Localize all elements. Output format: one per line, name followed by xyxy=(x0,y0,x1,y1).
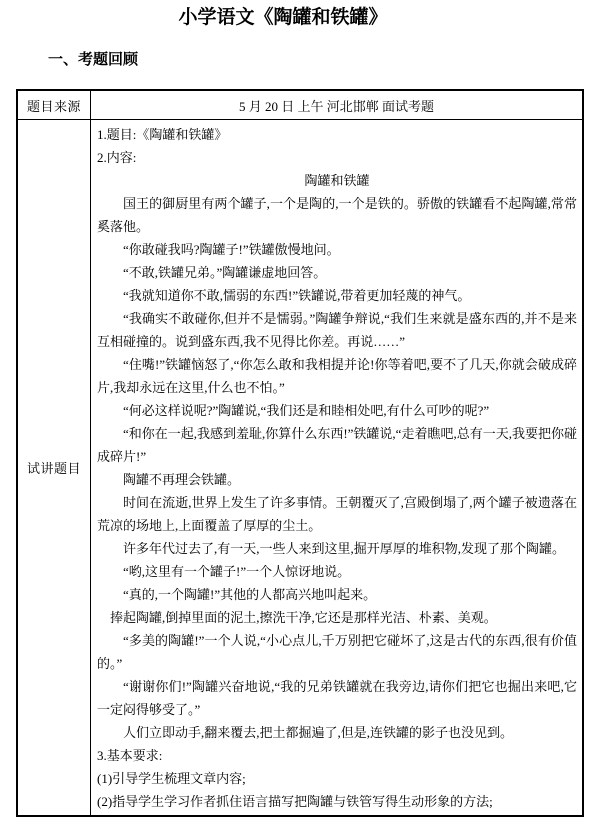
paragraph: 陶罐和铁罐 xyxy=(97,169,577,192)
paragraph: 时间在流逝,世界上发生了许多事情。王朝覆灭了,宫殿倒塌了,两个罐子被遗落在荒凉的… xyxy=(97,491,577,537)
paragraph: 2.内容: xyxy=(97,146,577,169)
section-heading: 一、考题回顾 xyxy=(48,52,598,69)
page-title: 小学语文《陶罐和铁罐》 xyxy=(16,0,590,29)
paragraph: (1)引导学生梳理文章内容; xyxy=(97,767,577,790)
paragraph: “你敢碰我吗?陶罐子!”铁罐傲慢地问。 xyxy=(97,238,577,261)
exam-table: 题目来源 5 月 20 日 上午 河北邯郸 面试考题 试讲题目 1.题目:《陶罐… xyxy=(16,89,584,817)
paragraph: “和你在一起,我感到羞耻,你算什么东西!”铁罐说,“走着瞧吧,总有一天,我要把你… xyxy=(97,422,577,468)
paragraph: “哟,这里有一个罐子!”一个人惊讶地说。 xyxy=(97,560,577,583)
paragraph: “谢谢你们!”陶罐兴奋地说,“我的兄弟铁罐就在我旁边,请你们把它也掘出来吧,它一… xyxy=(97,675,577,721)
paragraph: “我就知道你不敢,懦弱的东西!”铁罐说,带着更加轻蔑的神气。 xyxy=(97,284,577,307)
paragraph: 国王的御厨里有两个罐子,一个是陶的,一个是铁的。骄傲的铁罐看不起陶罐,常常奚落他… xyxy=(97,192,577,238)
source-row-value: 5 月 20 日 上午 河北邯郸 面试考题 xyxy=(91,90,584,120)
paragraph: “何必这样说呢?”陶罐说,“我们还是和睦相处吧,有什么可吵的呢?” xyxy=(97,399,577,422)
table-row-topic: 试讲题目 1.题目:《陶罐和铁罐》2.内容:陶罐和铁罐国王的御厨里有两个罐子,一… xyxy=(17,120,583,817)
source-row-label: 题目来源 xyxy=(17,90,91,120)
lesson-text-container: 1.题目:《陶罐和铁罐》2.内容:陶罐和铁罐国王的御厨里有两个罐子,一个是陶的,… xyxy=(91,120,582,815)
paragraph: 捧起陶罐,倒掉里面的泥土,擦洗干净,它还是那样光洁、朴素、美观。 xyxy=(97,606,577,629)
paragraph: “住嘴!”铁罐恼怒了,“你怎么敢和我相提并论!你等着吧,要不了几天,你就会破成碎… xyxy=(97,353,577,399)
paragraph: 陶罐不再理会铁罐。 xyxy=(97,468,577,491)
paragraph: 3.基本要求: xyxy=(97,744,577,767)
document-page: 小学语文《陶罐和铁罐》 一、考题回顾 题目来源 5 月 20 日 上午 河北邯郸… xyxy=(0,0,598,826)
paragraph: “真的,一个陶罐!”其他的人都高兴地叫起来。 xyxy=(97,583,577,606)
topic-row-content: 1.题目:《陶罐和铁罐》2.内容:陶罐和铁罐国王的御厨里有两个罐子,一个是陶的,… xyxy=(91,120,584,817)
paragraph: “不敢,铁罐兄弟。”陶罐谦虚地回答。 xyxy=(97,261,577,284)
paragraph: 许多年代过去了,有一天,一些人来到这里,掘开厚厚的堆积物,发现了那个陶罐。 xyxy=(97,537,577,560)
paragraph: “多美的陶罐!”一个人说,“小心点儿,千万别把它碰坏了,这是古代的东西,很有价值… xyxy=(97,629,577,675)
paragraph: (2)指导学生学习作者抓住语言描写把陶罐与铁管写得生动形象的方法; xyxy=(97,790,577,813)
paragraph: “我确实不敢碰你,但并不是懦弱。”陶罐争辩说,“我们生来就是盛东西的,并不是来互… xyxy=(97,307,577,353)
topic-row-label: 试讲题目 xyxy=(17,120,91,817)
paragraph: 1.题目:《陶罐和铁罐》 xyxy=(97,123,577,146)
table-row-source: 题目来源 5 月 20 日 上午 河北邯郸 面试考题 xyxy=(17,90,583,120)
paragraph: 人们立即动手,翻来覆去,把土都掘遍了,但是,连铁罐的影子也没见到。 xyxy=(97,721,577,744)
